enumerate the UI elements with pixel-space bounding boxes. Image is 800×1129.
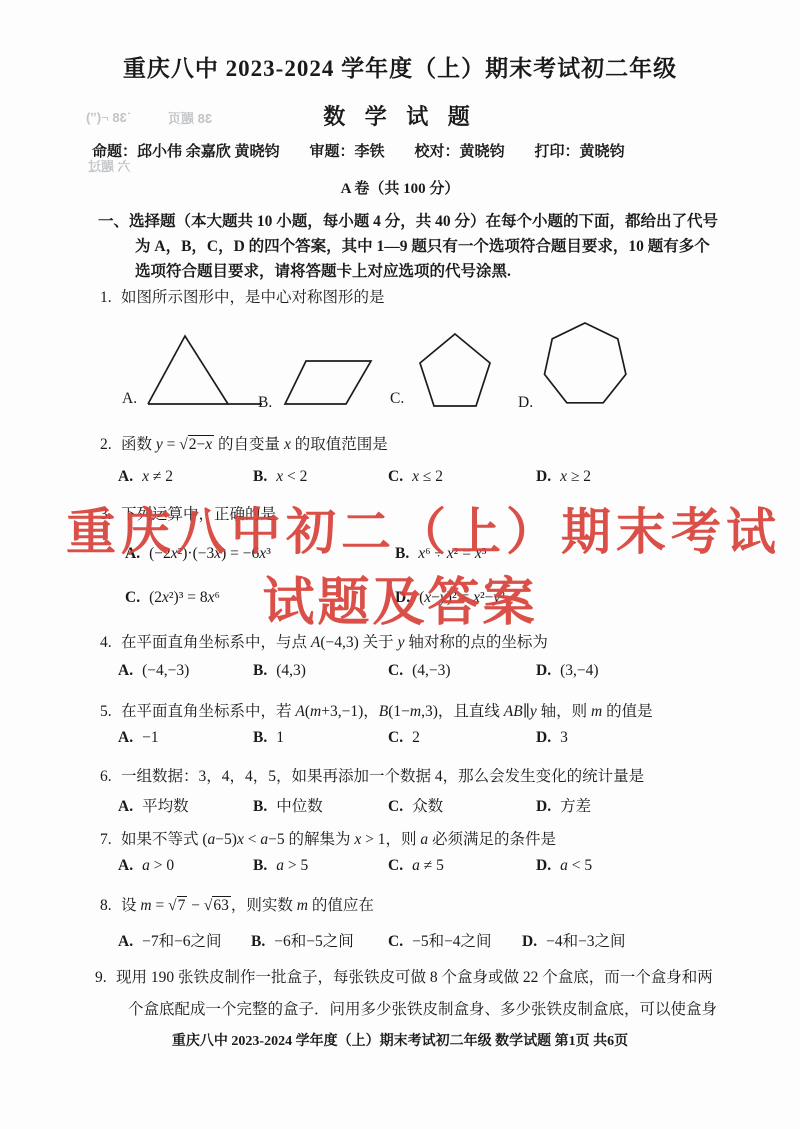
heptagon-figure — [543, 319, 629, 409]
section1-instructions-line1: 一、选择题（本大题共 10 小题，每小题 4 分，共 40 分）在每个小题的下面… — [98, 209, 718, 231]
question-7-options: A.a > 0 B.a > 5 C.a ≠ 5 D.a < 5 — [118, 857, 592, 875]
option: A.(−4,−3) — [118, 662, 253, 680]
option: C.−5和−4之间 — [388, 929, 522, 951]
option: C.x ≤ 2 — [388, 468, 536, 486]
question-2-stem: 2.函数 y = √2−x 的自变量 x 的取值范围是 — [100, 432, 388, 454]
pentagon-figure — [416, 330, 496, 412]
question-4-number: 4. — [100, 634, 121, 652]
parallelogram-figure — [280, 358, 376, 408]
question-4-options: A.(−4,−3) B.(4,3) C.(4,−3) D.(3,−4) — [118, 662, 599, 680]
option: C.2 — [388, 729, 536, 747]
section1-instructions-line2: 为 A，B，C，D 的四个答案，其中 1—9 题只有一个选项符合题目要求，10 … — [135, 234, 710, 256]
option: B.a > 5 — [253, 857, 388, 875]
option: C.(4,−3) — [388, 662, 536, 680]
question-1-number: 1. — [100, 289, 121, 307]
print-through-artifact: 38 题页 — [168, 108, 212, 127]
option: D.(3,−4) — [536, 662, 599, 680]
question-2-options: A.x ≠ 2 B.x < 2 C.x ≤ 2 D.x ≥ 2 — [118, 468, 591, 486]
triangle-figure — [140, 332, 270, 410]
figure-d-label: D. — [518, 394, 533, 412]
question-5-stem: 5.在平面直角坐标系中，若 A(m+3,−1)，B(1−m,3)，且直线 AB∥… — [100, 699, 653, 721]
page-footer: 重庆八中 2023-2024 学年度（上）期末考试初二年级 数学试题 第1页 共… — [0, 1030, 800, 1050]
option: A.a > 0 — [118, 857, 253, 875]
option: A.x ≠ 2 — [118, 468, 253, 486]
question-9-stem-line1: 9.现用 190 张铁皮制作一批盒子，每张铁皮可做 8 个盒身或做 22 个盒底… — [95, 965, 713, 987]
option: A.−7和−6之间 — [118, 929, 251, 951]
question-9-number: 9. — [95, 969, 116, 987]
question-6-stem: 6.一组数据：3，4，4，5，如果再添加一个数据 4，那么会发生变化的统计量是 — [100, 764, 644, 786]
question-2-number: 2. — [100, 436, 121, 454]
option: B.中位数 — [253, 794, 388, 816]
question-7-stem: 7.如果不等式 (a−5)x < a−5 的解集为 x > 1，则 a 必须满足… — [100, 827, 556, 849]
figure-b-label: B. — [258, 394, 272, 412]
question-1-stem: 1.如图所示图形中，是中心对称图形的是 — [100, 285, 385, 307]
option: B.1 — [253, 729, 388, 747]
option: D.x ≥ 2 — [536, 468, 591, 486]
question-5-options: A.−1 B.1 C.2 D.3 — [118, 729, 568, 747]
option: C.众数 — [388, 794, 536, 816]
print-through-artifact: ˙38 ⌐(ˮ) — [86, 110, 131, 125]
question-8-number: 8. — [100, 897, 121, 915]
section1-instructions-line3: 选项符合题目要求，请将答题卡上对应选项的代号涂黑. — [135, 259, 511, 281]
option: B.(4,3) — [253, 662, 388, 680]
exam-byline: 命题：邱小伟 余嘉欣 黄晓钧 审题：李铁 校对：黄晓钧 打印：黄晓钧 — [92, 140, 625, 161]
option: D.方差 — [536, 794, 591, 816]
option: A.−1 — [118, 729, 253, 747]
exam-paper-page: 重庆八中 2023-2024 学年度（上）期末考试初二年级 数 学 试 题 ˙3… — [0, 0, 800, 1129]
question-5-number: 5. — [100, 703, 121, 721]
question-8-options: A.−7和−6之间 B.−6和−5之间 C.−5和−4之间 D.−4和−3之间 — [118, 929, 626, 951]
option: B.−6和−5之间 — [251, 929, 388, 951]
question-6-options: A.平均数 B.中位数 C.众数 D.方差 — [118, 794, 591, 816]
option: A.平均数 — [118, 794, 253, 816]
option: C.a ≠ 5 — [388, 857, 536, 875]
question-9-stem-line2: 个盒底配成一个完整的盒子．问用多少张铁皮制盒身、多少张铁皮制盒底，可以使盒身 — [128, 997, 717, 1019]
red-watermark-line1: 重庆八中初二（上）期末考试 — [66, 492, 781, 564]
option: D.3 — [536, 729, 568, 747]
option: D.−4和−3之间 — [522, 929, 626, 951]
option: D.a < 5 — [536, 857, 592, 875]
figure-a-label: A. — [122, 390, 137, 408]
figure-c-label: C. — [390, 390, 404, 408]
paper-section-label: A 卷（共 100 分） — [0, 177, 800, 198]
question-8-stem: 8.设 m = √7 − √63，则实数 m 的值应在 — [100, 893, 374, 915]
exam-title: 重庆八中 2023-2024 学年度（上）期末考试初二年级 — [0, 50, 800, 83]
option: B.x < 2 — [253, 468, 388, 486]
question-6-number: 6. — [100, 768, 121, 786]
question-7-number: 7. — [100, 831, 121, 849]
red-watermark-line2: 试题及答案 — [0, 560, 800, 635]
